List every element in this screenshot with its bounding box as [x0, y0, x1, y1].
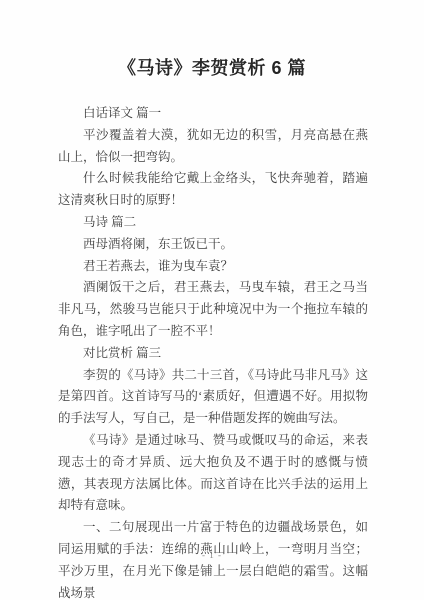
document-body: 白话译文 篇一 平沙覆盖着大漠，犹如无边的积雪，月亮高悬在燕山上，恰似一把弯钩。… — [58, 103, 368, 600]
poem-line: 君王若燕去，谁为曳车袁？ — [58, 256, 368, 278]
page-number: - 1 - — [0, 550, 424, 560]
paragraph: 平沙覆盖着大漠，犹如无边的积雪，月亮高悬在燕山上，恰似一把弯钩。 — [58, 125, 368, 169]
document-page: 《马诗》李贺赏析 6 篇 白话译文 篇一 平沙覆盖着大漠，犹如无边的积雪，月亮高… — [0, 0, 424, 600]
paragraph: 酒阑饭干之后，君王燕去，马曳车辕，君王之马当非凡马，然骏马岂能只于此种境况中为一… — [58, 277, 368, 342]
paragraph: 什么时候我能给它戴上金络头，飞快奔驰着，踏遍这清爽秋日时的原野！ — [58, 168, 368, 212]
poem-line: 西母酒将阑，东王饭已干。 — [58, 234, 368, 256]
section-heading: 马诗 篇二 — [58, 212, 368, 234]
section-heading: 白话译文 篇一 — [58, 103, 368, 125]
document-title: 《马诗》李贺赏析 6 篇 — [0, 54, 424, 80]
paragraph: 《马诗》是通过咏马、赞马或慨叹马的命运，来表现志士的奇才异质、远大抱负及不遇于时… — [58, 430, 368, 517]
paragraph: 李贺的《马诗》共二十三首，《马诗此马非凡马》这是第四首。这首诗写马的‘素质好，但… — [58, 365, 368, 430]
section-heading: 对比赏析 篇三 — [58, 343, 368, 365]
